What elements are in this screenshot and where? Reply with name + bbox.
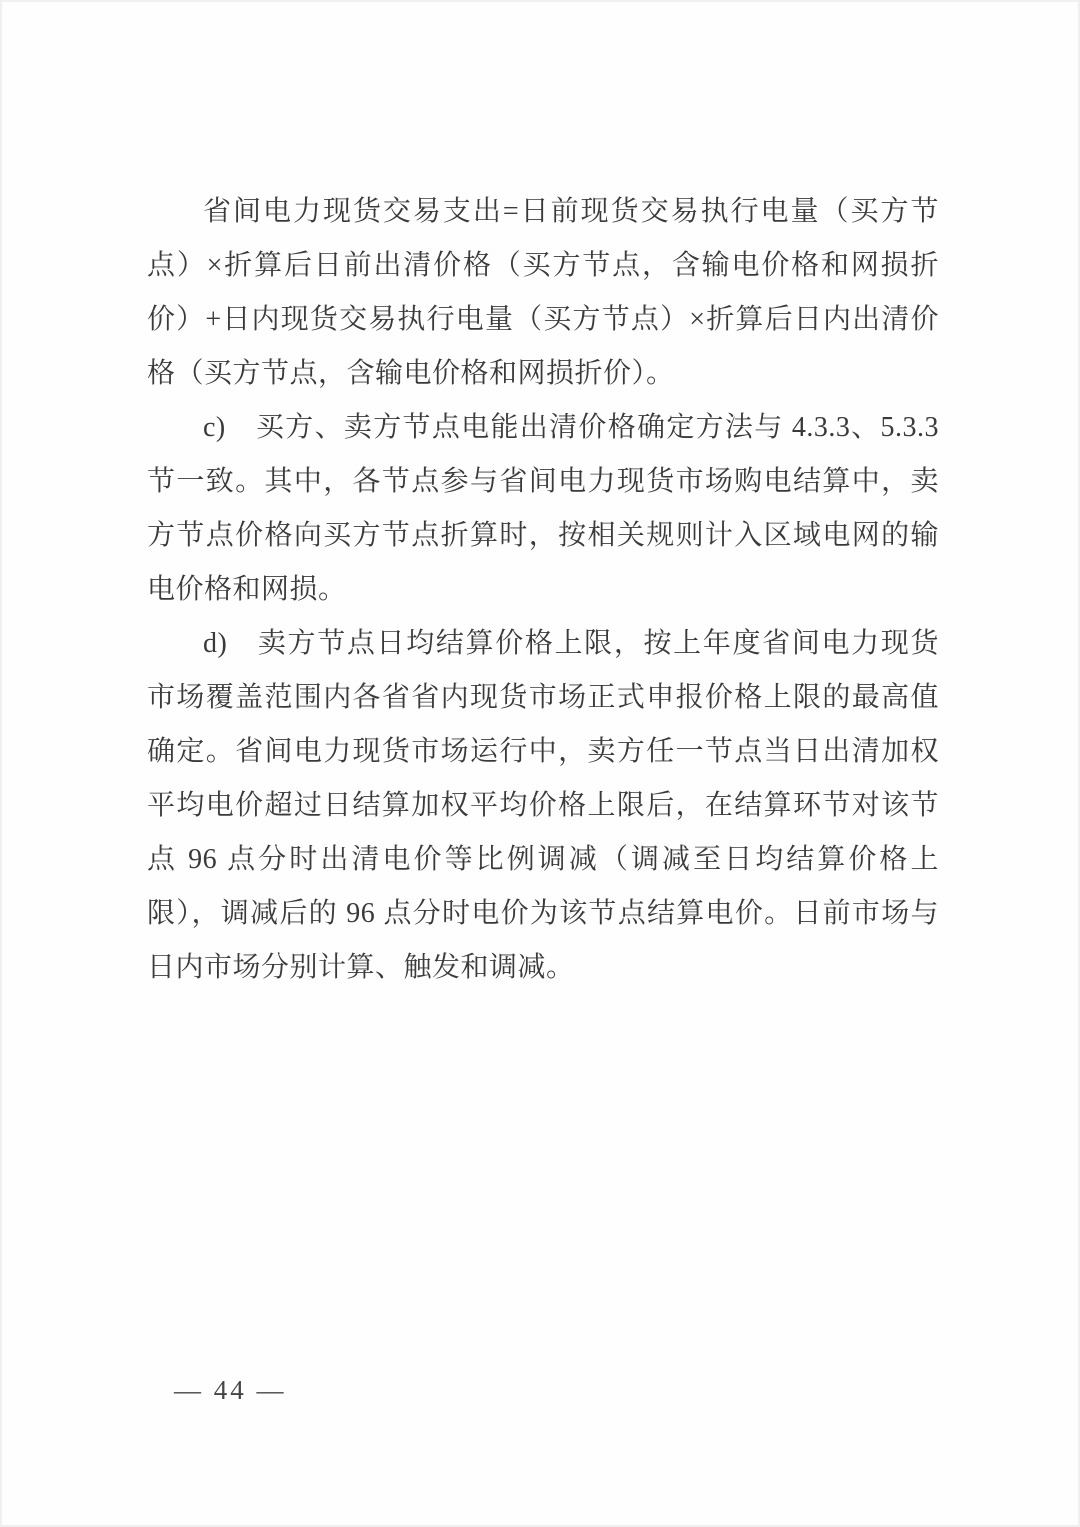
paragraph-item-d: d)卖方节点日均结算价格上限，按上年度省间电力现货市场覆盖范围内各省省内现货市场… [147, 617, 939, 995]
paragraph-settlement-formula: 省间电力现货交易支出=日前现货交易执行电量（买方节点）×折算后日前出清价格（买方… [147, 185, 939, 401]
paragraph-text: 卖方节点日均结算价格上限，按上年度省间电力现货市场覆盖范围内各省省内现货市场正式… [147, 628, 939, 983]
document-body: 省间电力现货交易支出=日前现货交易执行电量（买方节点）×折算后日前出清价格（买方… [147, 185, 939, 995]
document-page: 省间电力现货交易支出=日前现货交易执行电量（买方节点）×折算后日前出清价格（买方… [0, 0, 1080, 1527]
page-number: — 44 — [174, 1370, 287, 1410]
list-item-label-c: c) [203, 401, 226, 455]
paragraph-item-c: c)买方、卖方节点电能出清价格确定方法与 4.3.3、5.3.3 节一致。其中，… [147, 401, 939, 617]
paragraph-text: 买方、卖方节点电能出清价格确定方法与 4.3.3、5.3.3 节一致。其中，各节… [147, 412, 939, 605]
list-item-label-d: d) [203, 617, 227, 671]
paragraph-text: 省间电力现货交易支出=日前现货交易执行电量（买方节点）×折算后日前出清价格（买方… [147, 196, 939, 389]
